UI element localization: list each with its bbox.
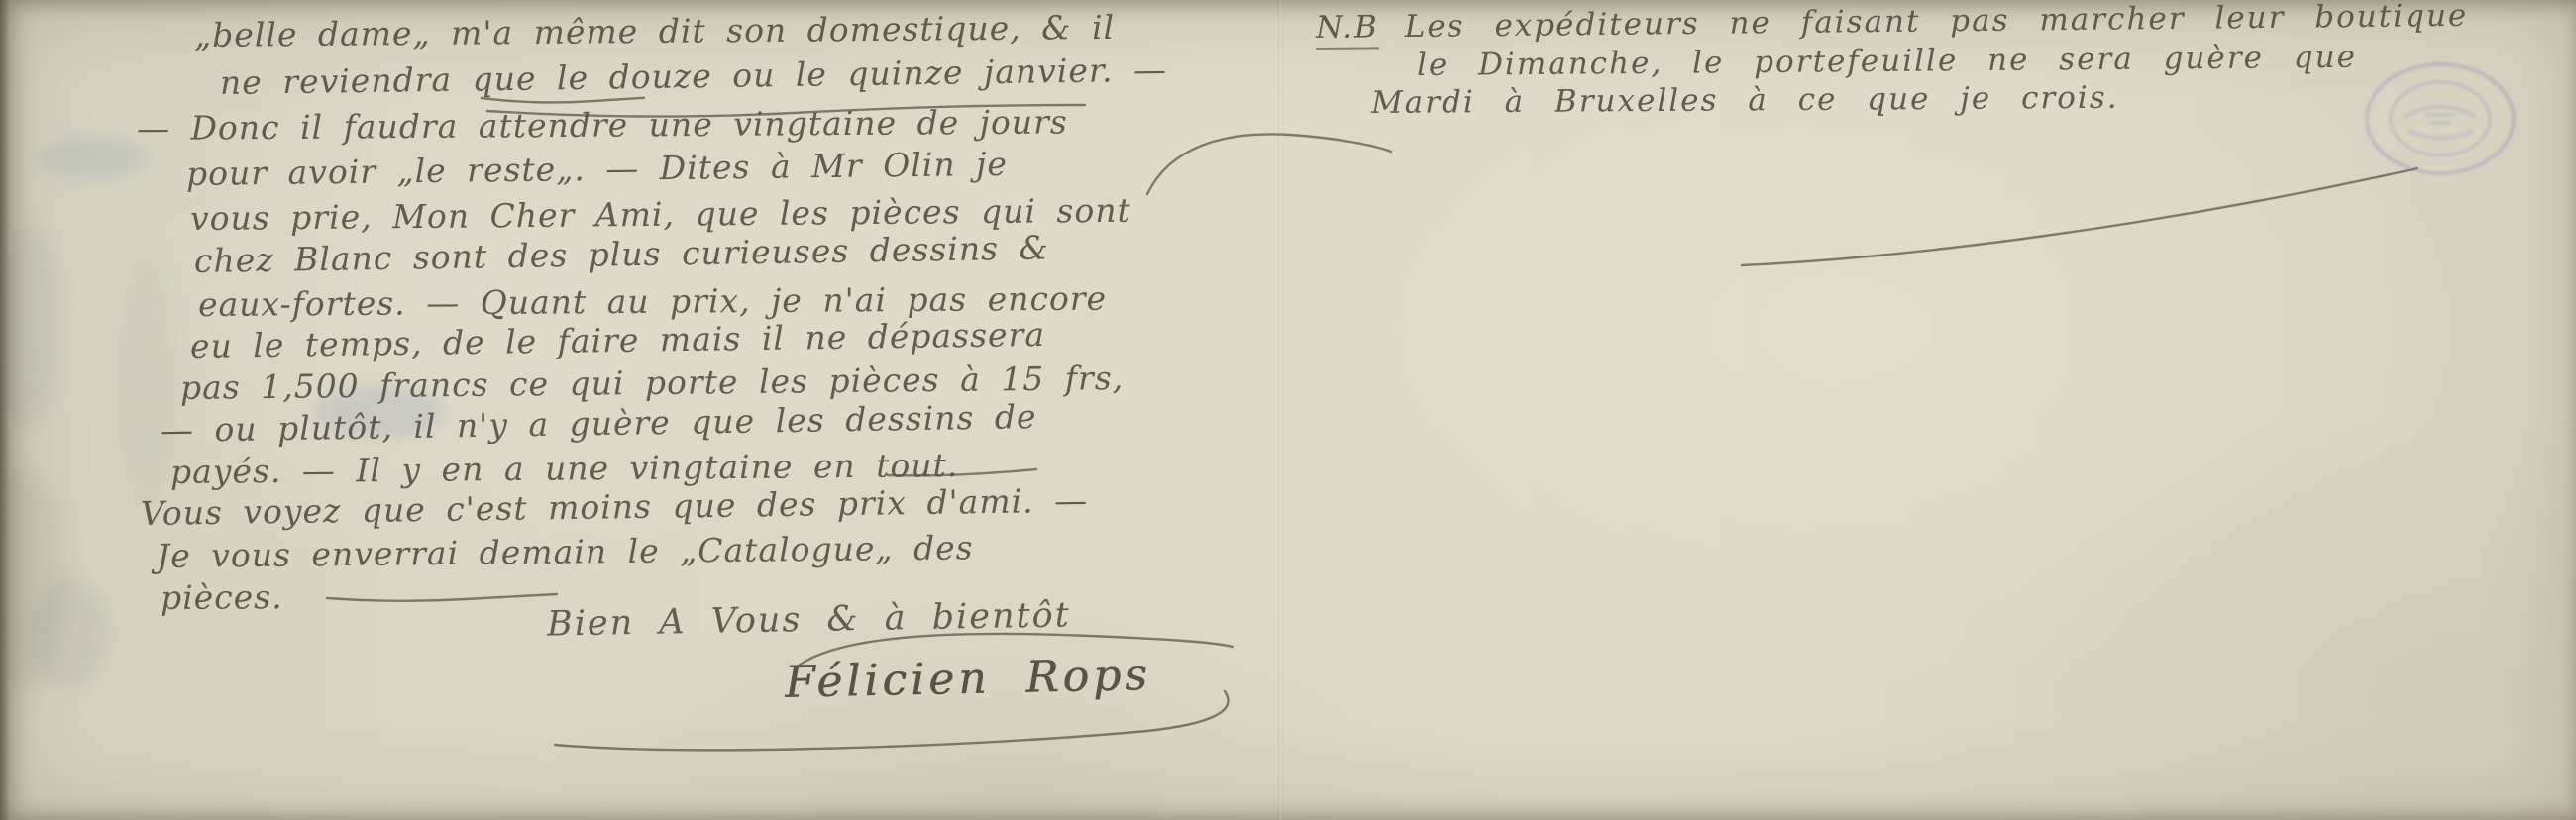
postscript-line: Mardi à Bruxelles à ce que je crois. — [1371, 80, 2119, 121]
letter-scan: „belle dame„ m'a même dit son domestique… — [0, 0, 2576, 820]
postscript-text: Les expéditeurs ne faisant pas marcher l… — [1405, 0, 2469, 45]
postscript-line: le Dimanche, le portefeuille ne sera guè… — [1417, 40, 2357, 83]
letter-right-page: N.BLes expéditeurs ne faisant pas marche… — [0, 0, 2576, 820]
postscript-line: N.BLes expéditeurs ne faisant pas marche… — [1316, 0, 2469, 46]
postscript-label: N.B — [1316, 9, 1379, 50]
